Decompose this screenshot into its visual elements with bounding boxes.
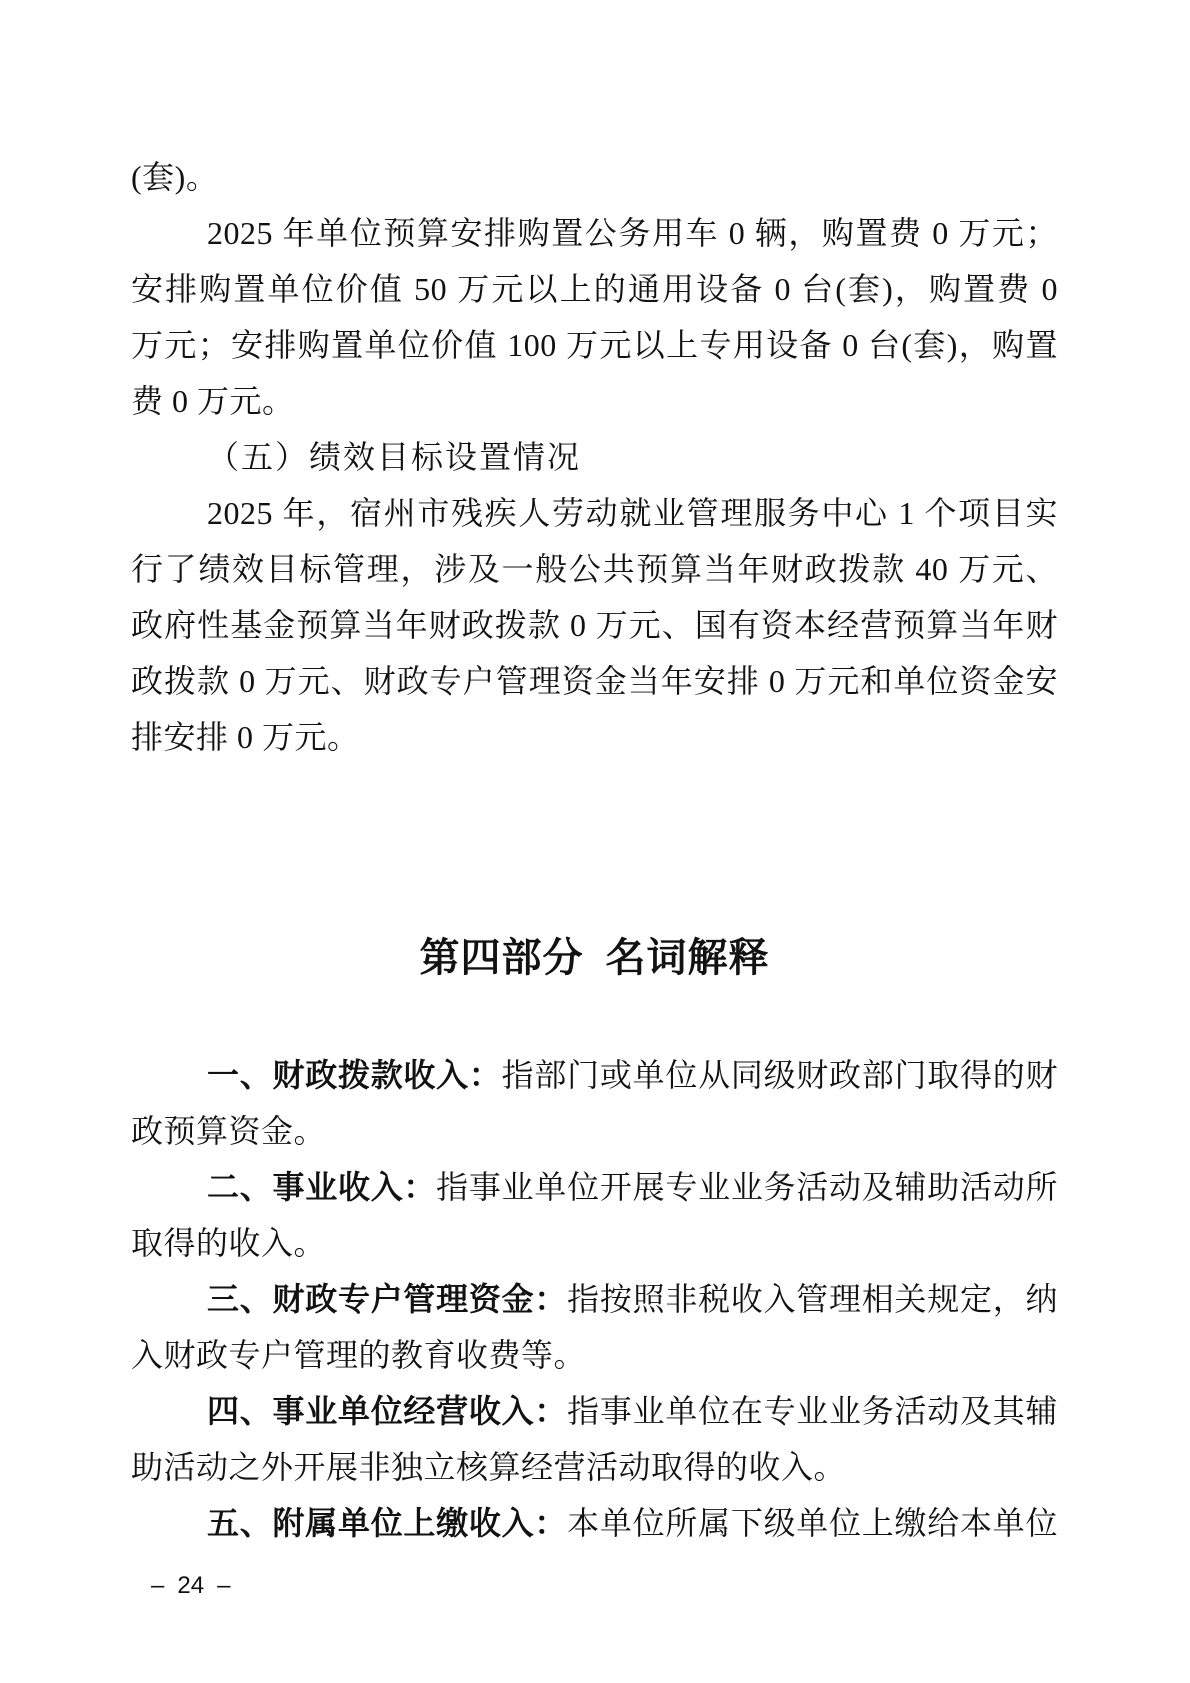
text-line: 排安排 0 万元。 xyxy=(131,709,1058,765)
text-line: 政拨款 0 万元、财政专户管理资金当年安排 0 万元和单位资金安 xyxy=(131,653,1058,709)
definition-term-line: 四、事业单位经营收入：指事业单位在专业业务活动及其辅 xyxy=(131,1383,1058,1439)
definition-text: 指事业单位开展专业业务活动及辅助活动所 xyxy=(436,1169,1058,1205)
definition-text: 指部门或单位从同级财政部门取得的财 xyxy=(502,1057,1058,1093)
subheading-performance-targets: （五）绩效目标设置情况 xyxy=(131,429,1058,485)
definition-text: 本单位所属下级单位上缴给本单位 xyxy=(567,1505,1058,1541)
text-line: 行了绩效目标管理，涉及一般公共预算当年财政拨款 40 万元、 xyxy=(131,541,1058,597)
document-page: (套)。 2025 年单位预算安排购置公务用车 0 辆，购置费 0 万元； 安排… xyxy=(0,0,1190,1683)
text-line: 助活动之外开展非独立核算经营活动取得的收入。 xyxy=(131,1439,1058,1495)
definition-text: 指按照非税收入管理相关规定，纳 xyxy=(567,1281,1058,1317)
definition-term-line: 二、事业收入：指事业单位开展专业业务活动及辅助活动所 xyxy=(131,1159,1058,1215)
definition-term: 三、财政专户管理资金： xyxy=(207,1281,567,1317)
text-line: 取得的收入。 xyxy=(131,1215,1058,1271)
page-number: –24– xyxy=(151,1572,230,1600)
page-number-value: 24 xyxy=(177,1572,204,1600)
text-line: 政预算资金。 xyxy=(131,1103,1058,1159)
definition-term-line: 三、财政专户管理资金：指按照非税收入管理相关规定，纳 xyxy=(131,1271,1058,1327)
definition-text: 指事业单位在专业业务活动及其辅 xyxy=(567,1393,1058,1429)
page-number-dash-left: – xyxy=(151,1572,164,1600)
text-line: 政府性基金预算当年财政拨款 0 万元、国有资本经营预算当年财 xyxy=(131,597,1058,653)
definition-term-line: 五、附属单位上缴收入：本单位所属下级单位上缴给本单位 xyxy=(131,1495,1058,1551)
page-number-dash-right: – xyxy=(217,1572,230,1600)
text-line: 2025 年单位预算安排购置公务用车 0 辆，购置费 0 万元； xyxy=(131,205,1058,261)
definition-term: 一、财政拨款收入： xyxy=(207,1057,502,1093)
section-heading-part4: 第四部分 名词解释 xyxy=(131,923,1058,993)
definition-term-line: 一、财政拨款收入：指部门或单位从同级财政部门取得的财 xyxy=(131,1047,1058,1103)
text-line: 费 0 万元。 xyxy=(131,373,1058,429)
definition-term: 五、附属单位上缴收入： xyxy=(207,1505,567,1541)
text-line: 安排购置单位价值 50 万元以上的通用设备 0 台(套)，购置费 0 xyxy=(131,261,1058,317)
text-line: 入财政专户管理的教育收费等。 xyxy=(131,1327,1058,1383)
text-line: 2025 年，宿州市残疾人劳动就业管理服务中心 1 个项目实 xyxy=(131,485,1058,541)
text-line: (套)。 xyxy=(131,149,1058,205)
text-line: 万元；安排购置单位价值 100 万元以上专用设备 0 台(套)，购置 xyxy=(131,317,1058,373)
definition-term: 二、事业收入： xyxy=(207,1169,436,1205)
document-content: (套)。 2025 年单位预算安排购置公务用车 0 辆，购置费 0 万元； 安排… xyxy=(131,149,1058,1551)
definition-term: 四、事业单位经营收入： xyxy=(207,1393,567,1429)
